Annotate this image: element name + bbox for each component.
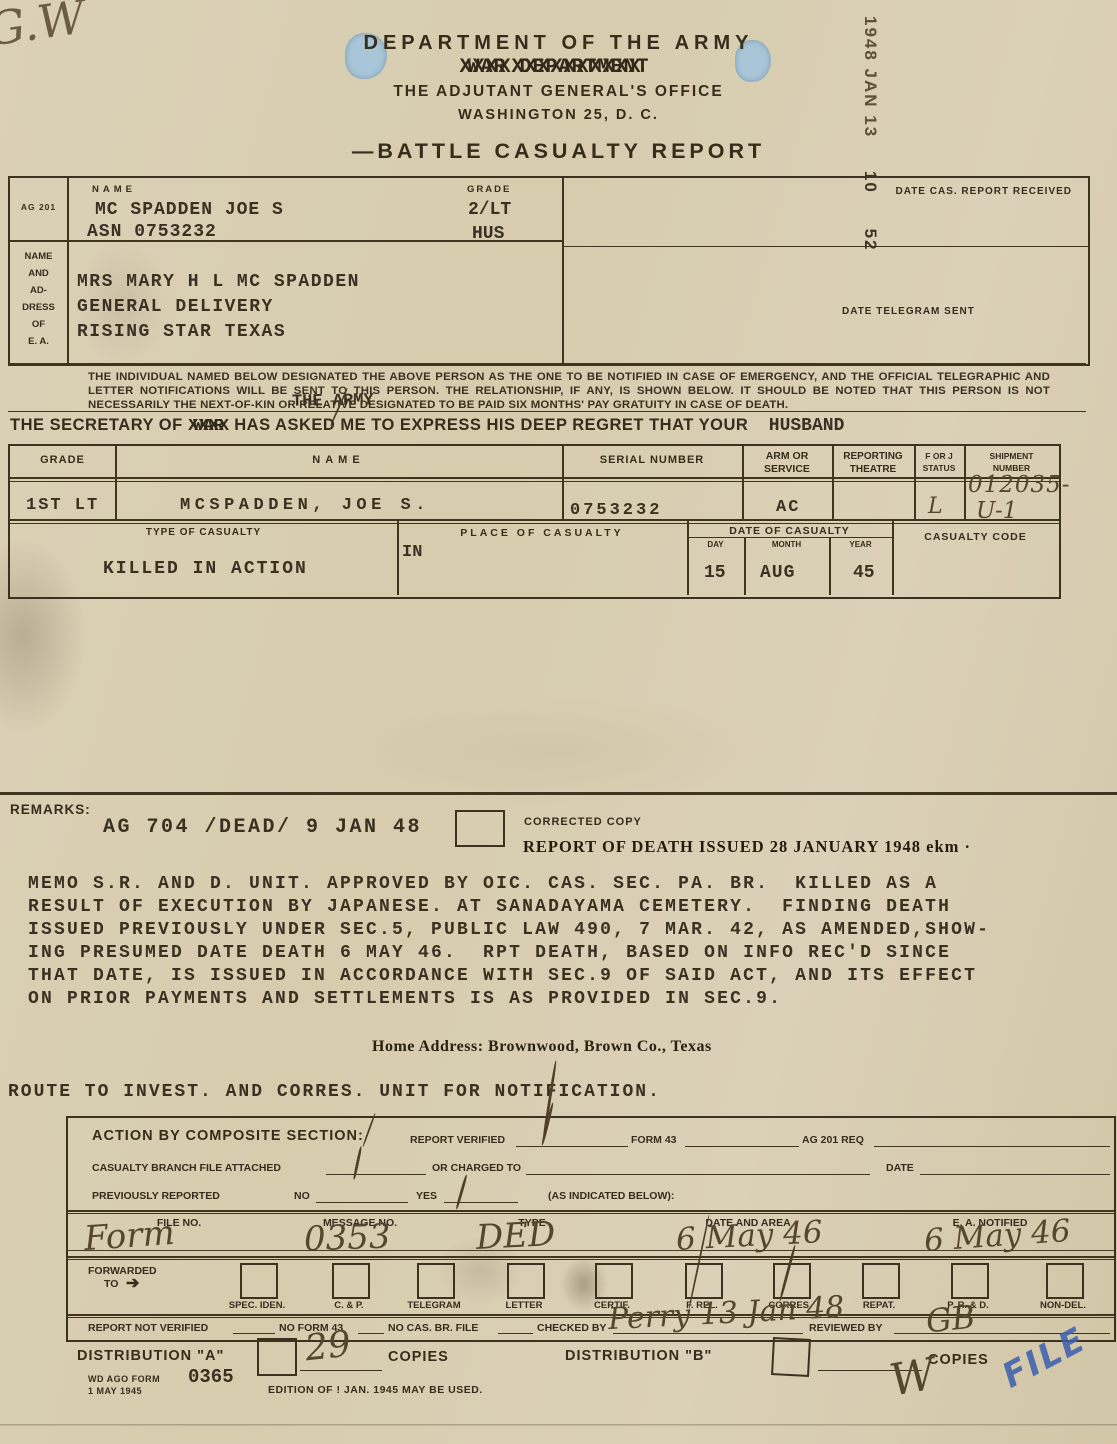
ink-smudge xyxy=(560,1256,608,1312)
section-divider xyxy=(8,411,1086,412)
no-cas-file-label: NO CAS. BR. FILE xyxy=(388,1322,478,1334)
checkbox-pr-and-d xyxy=(951,1263,989,1299)
ea-label-line: NAME xyxy=(10,248,67,265)
forwarded-item-label: NON-DEL. xyxy=(1023,1300,1103,1311)
blank-line xyxy=(874,1146,1110,1147)
the-army-insert: THE ARMY xyxy=(292,391,374,411)
blank-line xyxy=(444,1202,518,1203)
type-casualty-value: KILLED IN ACTION xyxy=(103,559,308,579)
struck-war-department: WAR DEPARTMENT XXXXXXXXXXXXXX xyxy=(0,56,1117,79)
date-label: DATE xyxy=(886,1162,914,1174)
edition-note: EDITION OF ! JAN. 1945 MAY BE USED. xyxy=(268,1384,483,1396)
theatre-label-2: THEATRE xyxy=(850,464,896,475)
date-casualty-label: DATE OF CASUALTY xyxy=(687,525,892,537)
forj-value: L xyxy=(928,494,943,519)
place-casualty-value: IN xyxy=(402,543,422,562)
as-indicated-label: (AS INDICATED BELOW): xyxy=(548,1190,674,1202)
notice-paragraph: THE INDIVIDUAL NAMED BELOW DESIGNATED TH… xyxy=(88,371,1050,412)
type-casualty-label: TYPE OF CASUALTY xyxy=(10,527,397,538)
memo-line: ING PRESUMED DATE DEATH 6 MAY 46. RPT DE… xyxy=(28,943,951,963)
blank-line xyxy=(526,1174,870,1175)
divider xyxy=(562,246,1088,247)
corrected-copy-checkbox xyxy=(455,810,505,847)
blank-line xyxy=(326,1174,426,1175)
secretary-suffix: HAS ASKED ME TO EXPRESS HIS DEEP REGRET … xyxy=(234,416,748,434)
arm-label-2: SERVICE xyxy=(764,463,810,475)
ea-label: NAME AND AD- DRESS OF E. A. xyxy=(10,248,67,350)
name-value: MCSPADDEN, JOE S. xyxy=(180,496,430,515)
distribution-a-checkbox xyxy=(257,1338,297,1376)
grade-value: 2/LT xyxy=(468,200,511,220)
date-cas-report-label: DATE CAS. REPORT RECEIVED xyxy=(896,186,1073,197)
casualty-code-label: CASUALTY CODE xyxy=(892,531,1059,543)
distribution-a-copies-value: 29 xyxy=(303,1324,353,1370)
blank-line xyxy=(613,1333,803,1334)
year-value: 45 xyxy=(853,563,875,583)
arrow-right-icon: ➔ xyxy=(126,1273,139,1293)
name-label: NAME xyxy=(92,184,136,195)
blank-line xyxy=(233,1333,275,1334)
overstrike-x-marks: XXXX xyxy=(188,417,229,436)
col-theatre-label: REPORTING THEATRE xyxy=(832,450,914,476)
checkbox-telegram xyxy=(417,1263,455,1299)
copies-label-a: COPIES xyxy=(388,1349,449,1365)
memo-line: ISSUED PREVIOUSLY UNDER SEC.5, PUBLIC LA… xyxy=(28,920,990,940)
remarks-ag-line: AG 704 /DEAD/ 9 JAN 48 xyxy=(103,816,422,839)
checked-by-label: CHECKED BY xyxy=(537,1322,606,1334)
shipment-value-1: 012035- xyxy=(968,472,1071,498)
blank-line xyxy=(300,1370,382,1371)
divider xyxy=(68,1210,1114,1212)
forwarded-to-label: TO xyxy=(104,1278,118,1290)
distribution-b-checkbox xyxy=(771,1337,811,1377)
form-title: —BATTLE CASUALTY REPORT xyxy=(0,139,1117,164)
divider xyxy=(68,1213,1114,1214)
shipment-label-1: SHIPMENT xyxy=(990,451,1034,461)
forwarded-item-label: TELEGRAM xyxy=(394,1300,474,1311)
divider xyxy=(67,178,69,364)
month-value: AUG xyxy=(760,563,795,583)
divider xyxy=(562,178,564,364)
ea-label-line: E. A. xyxy=(10,333,67,350)
col-shipment-label: SHIPMENT NUMBER xyxy=(964,450,1059,474)
writing-line xyxy=(68,1250,1114,1251)
place-casualty-label: PLACE OF CASUALTY xyxy=(397,527,687,539)
ag201-req-label: AG 201 REQ xyxy=(802,1134,864,1146)
message-no-value: 0353 xyxy=(303,1217,391,1260)
overstrike-x-marks: XXXXXXXXXXXXXX xyxy=(459,56,641,79)
memo-line: ON PRIOR PAYMENTS AND SETTLEMENTS IS AS … xyxy=(28,989,782,1009)
department-title: DEPARTMENT OF THE ARMY xyxy=(0,32,1117,55)
section-divider xyxy=(8,363,1086,366)
divider xyxy=(10,481,1059,482)
col-forj-label: F OR J STATUS xyxy=(914,450,964,474)
or-charged-label: OR CHARGED TO xyxy=(432,1162,521,1174)
w-scribble: W xyxy=(886,1348,939,1406)
blank-line xyxy=(498,1333,533,1334)
secretary-line: THE SECRETARY OF WAR XXXX HAS ASKED ME T… xyxy=(10,416,844,436)
col-serial-label: SERIAL NUMBER xyxy=(562,454,742,466)
forwarded-label: FORWARDED xyxy=(88,1265,157,1277)
form-date-label: 1 MAY 1945 xyxy=(88,1386,142,1396)
corrected-copy-label: CORRECTED COPY xyxy=(524,816,642,828)
ea-label-line: AND xyxy=(10,265,67,282)
memo-line: THAT DATE, IS ISSUED IN ACCORDANCE WITH … xyxy=(28,966,977,986)
yes-label: YES xyxy=(416,1190,437,1202)
relation-value: HUSBAND xyxy=(769,416,845,436)
ea-label-line: DRESS xyxy=(10,299,67,316)
forwarded-item-label: REPAT. xyxy=(839,1300,919,1311)
id-block: AG 201 NAME MC SPADDEN JOE S ASN 0753232… xyxy=(8,176,1090,366)
remarks-divider xyxy=(0,792,1117,795)
forwarded-item-label: LETTER xyxy=(484,1300,564,1311)
forwarded-item-label: C. & P. xyxy=(309,1300,389,1311)
divider xyxy=(687,537,892,538)
blank-line xyxy=(920,1174,1110,1175)
file-no-value: Form xyxy=(83,1213,176,1259)
ea-label-line: AD- xyxy=(10,282,67,299)
checkbox-spec-iden xyxy=(240,1263,278,1299)
arm-label-1: ARM OR xyxy=(766,450,809,462)
not-verified-label: REPORT NOT VERIFIED xyxy=(88,1322,208,1334)
divider xyxy=(10,477,1059,479)
form43-label: FORM 43 xyxy=(631,1134,677,1146)
checkbox-c-and-p xyxy=(332,1263,370,1299)
battle-casualty-report-scan: G.W DEPARTMENT OF THE ARMY WAR DEPARTMEN… xyxy=(0,0,1117,1444)
checkbox-letter xyxy=(507,1263,545,1299)
casualty-name-value: MC SPADDEN JOE S xyxy=(95,200,284,220)
route-line: ROUTE TO INVEST. AND CORRES. UNIT FOR NO… xyxy=(8,1082,661,1102)
date-telegram-label: DATE TELEGRAM SENT xyxy=(842,306,975,317)
pencil-mark xyxy=(362,1113,376,1148)
year-label: YEAR xyxy=(829,540,892,549)
type-value: DED xyxy=(475,1214,556,1258)
ag-201-label: AG 201 xyxy=(10,202,67,212)
casualty-table: GRADE NAME SERIAL NUMBER ARM OR SERVICE … xyxy=(8,444,1061,599)
serial-value: 0753232 xyxy=(570,501,662,520)
home-address-line: Home Address: Brownwood, Brown Co., Texa… xyxy=(372,1038,712,1056)
day-label: DAY xyxy=(687,540,744,549)
ea-name-value: MRS MARY H L MC SPADDEN xyxy=(77,272,360,292)
memo-line: RESULT OF EXECUTION BY JAPANESE. AT SANA… xyxy=(28,897,951,917)
col-name-label: NAME xyxy=(115,454,562,466)
blank-line xyxy=(685,1146,799,1147)
distribution-b-label: DISTRIBUTION "B" xyxy=(565,1348,712,1364)
wd-ago-form-label: WD AGO FORM xyxy=(88,1374,160,1384)
prev-reported-label: PREVIOUSLY REPORTED xyxy=(92,1190,220,1202)
theatre-label-1: REPORTING xyxy=(843,451,902,462)
reviewed-by-label: REVIEWED BY xyxy=(809,1322,883,1334)
arm-value: AC xyxy=(776,498,800,517)
office-title: THE ADJUTANT GENERAL'S OFFICE xyxy=(0,83,1117,101)
day-value: 15 xyxy=(704,563,726,583)
report-verified-label: REPORT VERIFIED xyxy=(410,1134,505,1146)
form-number-stamp: 0365 xyxy=(188,1366,234,1388)
ea-address1-value: GENERAL DELIVERY xyxy=(77,297,274,317)
casualty-asn-value: ASN 0753232 xyxy=(87,222,217,242)
check-yes xyxy=(455,1174,468,1209)
checkbox-non-del xyxy=(1046,1263,1084,1299)
ea-address2-value: RISING STAR TEXAS xyxy=(77,322,286,342)
grade-label: GRADE xyxy=(467,184,511,195)
blank-line xyxy=(516,1146,628,1147)
col-arm-label: ARM OR SERVICE xyxy=(742,450,832,476)
action-title: ACTION BY COMPOSITE SECTION: xyxy=(92,1128,364,1144)
paper-crease xyxy=(0,1424,1117,1427)
forwarded-item-label: SPEC. IDEN. xyxy=(217,1300,297,1311)
month-label: MONTH xyxy=(744,540,829,549)
date-area-value: 6 May 46 xyxy=(675,1214,823,1258)
stamp-date: 1948 JAN 13 xyxy=(861,16,880,138)
forj-label-2: STATUS xyxy=(923,463,956,473)
copies-label-b: COPIES xyxy=(928,1352,989,1368)
col-grade-label: GRADE xyxy=(10,454,115,466)
grade-value: 1ST LT xyxy=(26,496,99,515)
ea-label-line: OF xyxy=(10,316,67,333)
secretary-prefix: THE SECRETARY OF xyxy=(10,416,183,434)
forj-label-1: F OR J xyxy=(925,451,952,461)
divider xyxy=(10,519,1059,521)
city-line: WASHINGTON 25, D. C. xyxy=(0,107,1117,123)
no-label: NO xyxy=(294,1190,310,1202)
remarks-label: REMARKS: xyxy=(10,802,91,817)
report-of-death-stamp: REPORT OF DEATH ISSUED 28 JANUARY 1948 e… xyxy=(523,837,971,857)
divider xyxy=(10,523,1059,524)
file-attached-label: CASUALTY BRANCH FILE ATTACHED xyxy=(92,1162,281,1174)
memo-line: MEMO S.R. AND D. UNIT. APPROVED BY OIC. … xyxy=(28,874,938,894)
blank-line xyxy=(316,1202,408,1203)
reviewed-by-initials: GB xyxy=(924,1298,977,1341)
distribution-a-label: DISTRIBUTION "A" xyxy=(77,1348,224,1364)
checkbox-repat xyxy=(862,1263,900,1299)
relation-code-value: HUS xyxy=(472,224,504,244)
blank-line xyxy=(358,1333,384,1334)
